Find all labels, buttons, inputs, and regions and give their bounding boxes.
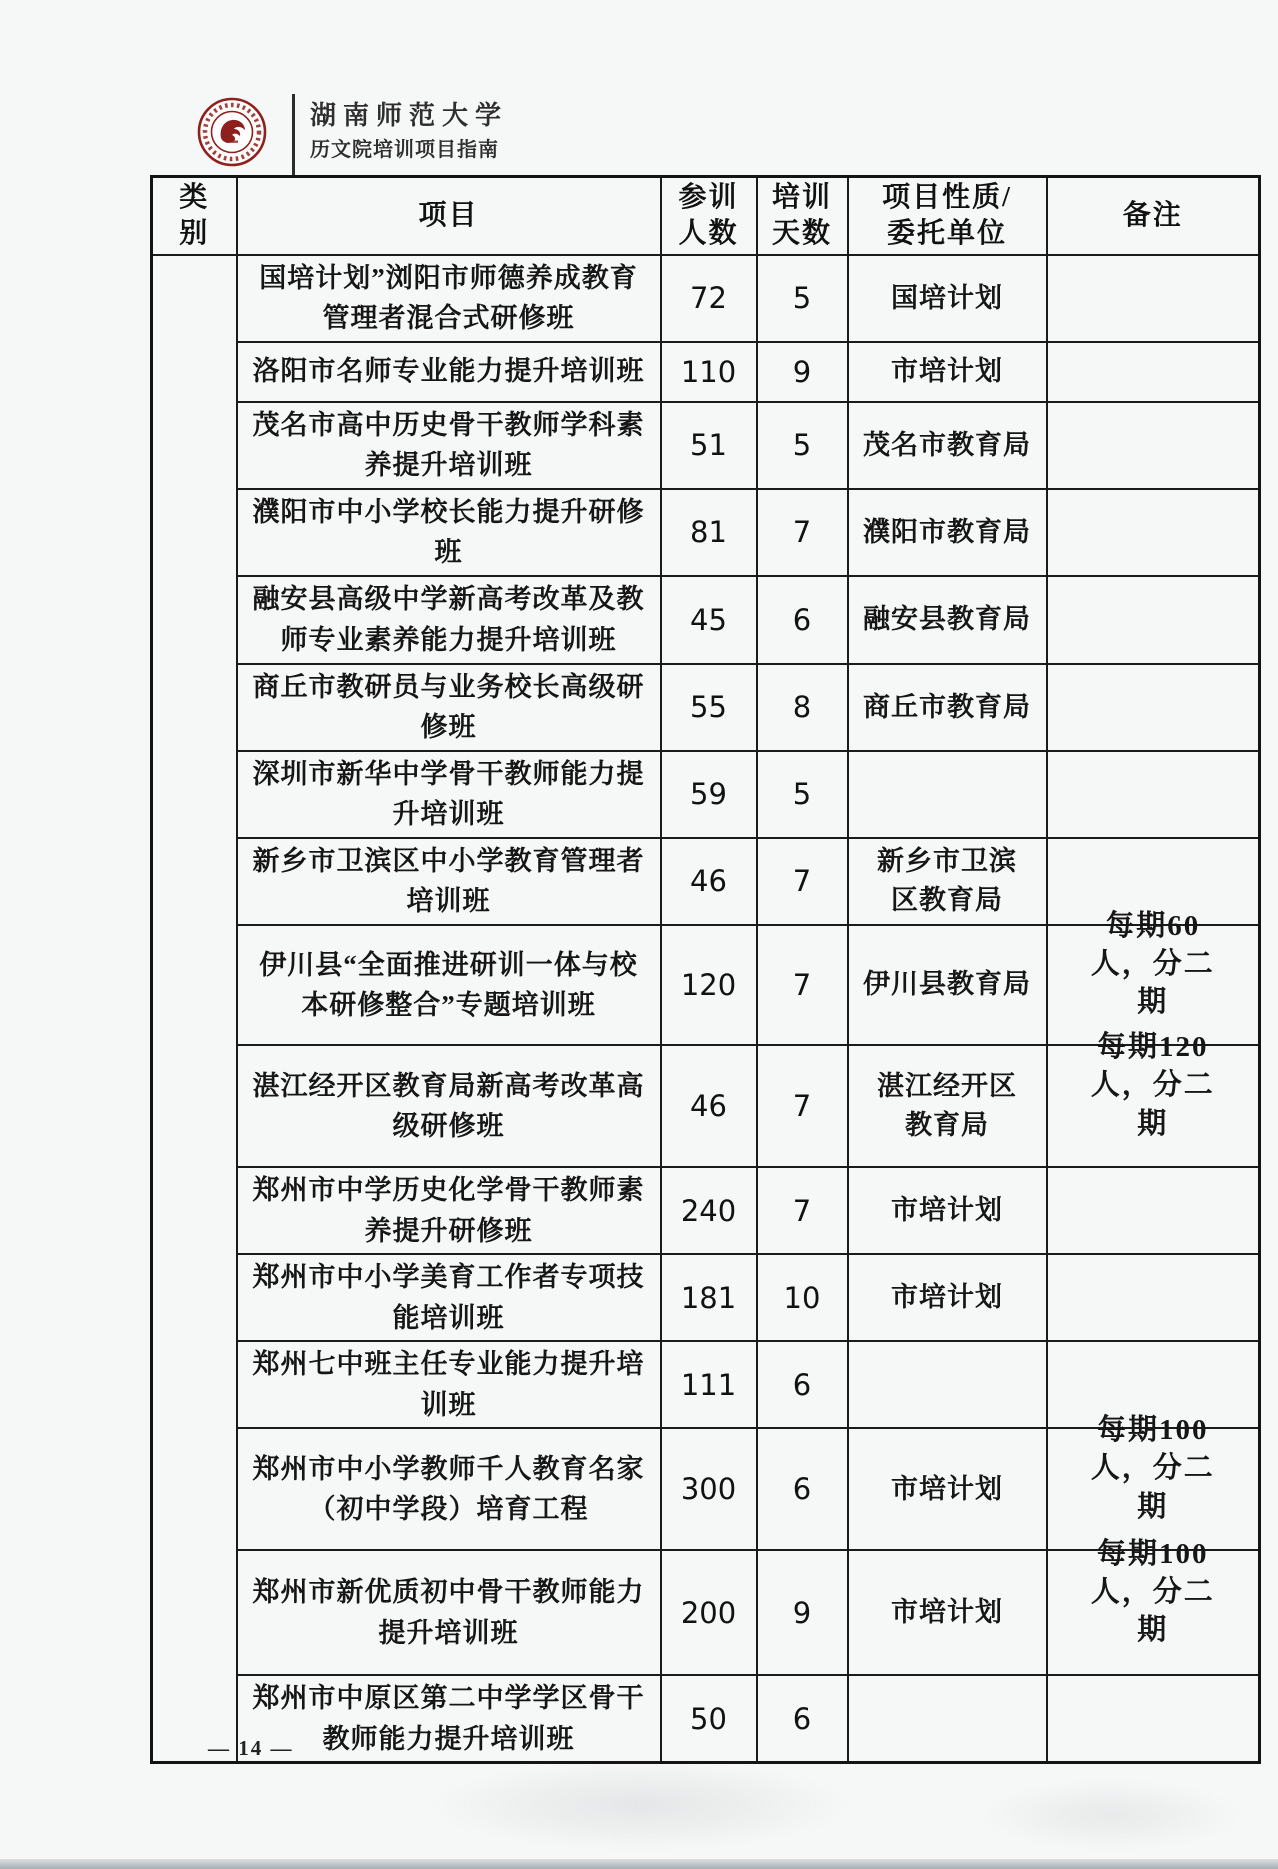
training-projects-table: 类 别 项目 参训 人数 培训 天数 项目性质/ 委托单位 备注 国培计划”浏阳… [150, 175, 1261, 1764]
remark-cell [1047, 1167, 1260, 1254]
days-cell: 10 [757, 1254, 848, 1341]
project-cell: 洛阳市名师专业能力提升培训班 [237, 342, 661, 402]
unit-cell: 国培计划 [848, 255, 1047, 342]
scan-smudge [980, 1780, 1240, 1850]
remark-cell: 每期100 人，分二 期 [1047, 1550, 1260, 1675]
unit-cell [848, 751, 1047, 838]
university-seal-icon [196, 96, 268, 168]
participants-cell: 110 [661, 342, 757, 402]
unit-cell: 市培计划 [848, 342, 1047, 402]
table-row: 郑州市中小学教师千人教育名家 （初中学段）培育工程3006市培计划每期100 人… [152, 1428, 1260, 1550]
unit-cell: 湛江经开区 教育局 [848, 1045, 1047, 1167]
participants-cell: 200 [661, 1550, 757, 1675]
remark-cell [1047, 1675, 1260, 1763]
scan-smudge [430, 1760, 850, 1850]
unit-cell: 融安县教育局 [848, 576, 1047, 664]
unit-cell: 新乡市卫滨 区教育局 [848, 838, 1047, 925]
participants-cell: 59 [661, 751, 757, 838]
project-cell: 濮阳市中小学校长能力提升研修班 [237, 489, 661, 576]
project-cell: 郑州市新优质初中骨干教师能力 提升培训班 [237, 1550, 661, 1675]
days-cell: 9 [757, 1550, 848, 1675]
days-cell: 7 [757, 489, 848, 576]
days-cell: 6 [757, 576, 848, 664]
document-subtitle: 历文院培训项目指南 [310, 137, 508, 163]
table-row: 湛江经开区教育局新高考改革高 级研修班467湛江经开区 教育局每期120 人，分… [152, 1045, 1260, 1167]
participants-cell: 111 [661, 1341, 757, 1428]
table-row: 洛阳市名师专业能力提升培训班1109市培计划 [152, 342, 1260, 402]
remark-cell: 每期120 人，分二 期 [1047, 1045, 1260, 1167]
days-cell: 5 [757, 751, 848, 838]
remark-cell [1047, 1254, 1260, 1341]
days-cell: 9 [757, 342, 848, 402]
project-cell: 国培计划”浏阳市师德养成教育 管理者混合式研修班 [237, 255, 661, 342]
participants-cell: 181 [661, 1254, 757, 1341]
participants-cell: 300 [661, 1428, 757, 1550]
unit-cell: 市培计划 [848, 1254, 1047, 1341]
project-cell: 融安县高级中学新高考改革及教 师专业素养能力提升培训班 [237, 576, 661, 664]
project-cell: 茂名市高中历史骨干教师学科素 养提升培训班 [237, 402, 661, 489]
table-row: 融安县高级中学新高考改革及教 师专业素养能力提升培训班456融安县教育局 [152, 576, 1260, 664]
remark-cell [1047, 402, 1260, 489]
participants-cell: 46 [661, 1045, 757, 1167]
table-row: 茂名市高中历史骨干教师学科素 养提升培训班515茂名市教育局 [152, 402, 1260, 489]
participants-cell: 120 [661, 925, 757, 1046]
remark-text: 每期100 人，分二 期 [1054, 1411, 1253, 1526]
university-name: 湖南师范大学 [310, 100, 508, 131]
remark-cell [1047, 576, 1260, 664]
unit-cell: 市培计划 [848, 1550, 1047, 1675]
header-days: 培训 天数 [757, 177, 848, 255]
unit-cell: 商丘市教育局 [848, 664, 1047, 751]
participants-cell: 50 [661, 1675, 757, 1763]
header-project: 项目 [237, 177, 661, 255]
table-row: 郑州市中学历史化学骨干教师素 养提升研修班2407市培计划 [152, 1167, 1260, 1254]
header-titles: 湖南师范大学 历文院培训项目指南 [310, 100, 508, 163]
remark-text: 每期100 人，分二 期 [1054, 1535, 1253, 1650]
days-cell: 5 [757, 255, 848, 342]
participants-cell: 81 [661, 489, 757, 576]
participants-cell: 45 [661, 576, 757, 664]
project-cell: 深圳市新华中学骨干教师能力提 升培训班 [237, 751, 661, 838]
unit-cell: 濮阳市教育局 [848, 489, 1047, 576]
days-cell: 7 [757, 1167, 848, 1254]
days-cell: 5 [757, 402, 848, 489]
table-row: 郑州市中小学美育工作者专项技 能培训班18110市培计划 [152, 1254, 1260, 1341]
scanned-document-page: 湖南师范大学 历文院培训项目指南 类 别 项目 参训 人数 培训 天数 项目性质… [0, 0, 1278, 1869]
days-cell: 7 [757, 925, 848, 1046]
header-participants: 参训 人数 [661, 177, 757, 255]
project-cell: 郑州市中小学教师千人教育名家 （初中学段）培育工程 [237, 1428, 661, 1550]
project-cell: 郑州市中原区第二中学学区骨干 教师能力提升培训班 [237, 1675, 661, 1763]
project-cell: 湛江经开区教育局新高考改革高 级研修班 [237, 1045, 661, 1167]
participants-cell: 55 [661, 664, 757, 751]
project-cell: 新乡市卫滨区中小学教育管理者 培训班 [237, 838, 661, 925]
days-cell: 6 [757, 1428, 848, 1550]
header-nature-unit: 项目性质/ 委托单位 [848, 177, 1047, 255]
days-cell: 7 [757, 838, 848, 925]
remark-cell [1047, 751, 1260, 838]
unit-cell: 茂名市教育局 [848, 402, 1047, 489]
days-cell: 8 [757, 664, 848, 751]
header-divider [292, 94, 295, 176]
days-cell: 6 [757, 1341, 848, 1428]
project-cell: 商丘市教研员与业务校长高级研 修班 [237, 664, 661, 751]
remark-cell [1047, 489, 1260, 576]
unit-cell: 市培计划 [848, 1167, 1047, 1254]
days-cell: 7 [757, 1045, 848, 1167]
participants-cell: 240 [661, 1167, 757, 1254]
remark-text: 每期120 人，分二 期 [1054, 1028, 1253, 1143]
table-row: 濮阳市中小学校长能力提升研修班817濮阳市教育局 [152, 489, 1260, 576]
category-column-cell [152, 255, 237, 1763]
page-number: — 14 — [208, 1736, 294, 1761]
remark-cell [1047, 342, 1260, 402]
unit-cell: 伊川县教育局 [848, 925, 1047, 1046]
participants-cell: 51 [661, 402, 757, 489]
scan-edge-shadow [0, 1859, 1278, 1869]
unit-cell [848, 1341, 1047, 1428]
table-header-row: 类 别 项目 参训 人数 培训 天数 项目性质/ 委托单位 备注 [152, 177, 1260, 255]
remark-text: 每期60 人，分二 期 [1054, 907, 1253, 1022]
participants-cell: 72 [661, 255, 757, 342]
table-row: 商丘市教研员与业务校长高级研 修班558商丘市教育局 [152, 664, 1260, 751]
table-row: 郑州市新优质初中骨干教师能力 提升培训班2009市培计划每期100 人，分二 期 [152, 1550, 1260, 1675]
table-row: 深圳市新华中学骨干教师能力提 升培训班595 [152, 751, 1260, 838]
unit-cell: 市培计划 [848, 1428, 1047, 1550]
participants-cell: 46 [661, 838, 757, 925]
project-cell: 伊川县“全面推进研训一体与校 本研修整合”专题培训班 [237, 925, 661, 1046]
remark-cell: 每期100 人，分二 期 [1047, 1428, 1260, 1550]
unit-cell [848, 1675, 1047, 1763]
header-remark: 备注 [1047, 177, 1260, 255]
table-row: 郑州市中原区第二中学学区骨干 教师能力提升培训班506 [152, 1675, 1260, 1763]
remark-cell [1047, 255, 1260, 342]
header-category: 类 别 [152, 177, 237, 255]
project-cell: 郑州市中小学美育工作者专项技 能培训班 [237, 1254, 661, 1341]
project-cell: 郑州七中班主任专业能力提升培 训班 [237, 1341, 661, 1428]
table-row: 国培计划”浏阳市师德养成教育 管理者混合式研修班725国培计划 [152, 255, 1260, 342]
remark-cell [1047, 664, 1260, 751]
project-cell: 郑州市中学历史化学骨干教师素 养提升研修班 [237, 1167, 661, 1254]
days-cell: 6 [757, 1675, 848, 1763]
